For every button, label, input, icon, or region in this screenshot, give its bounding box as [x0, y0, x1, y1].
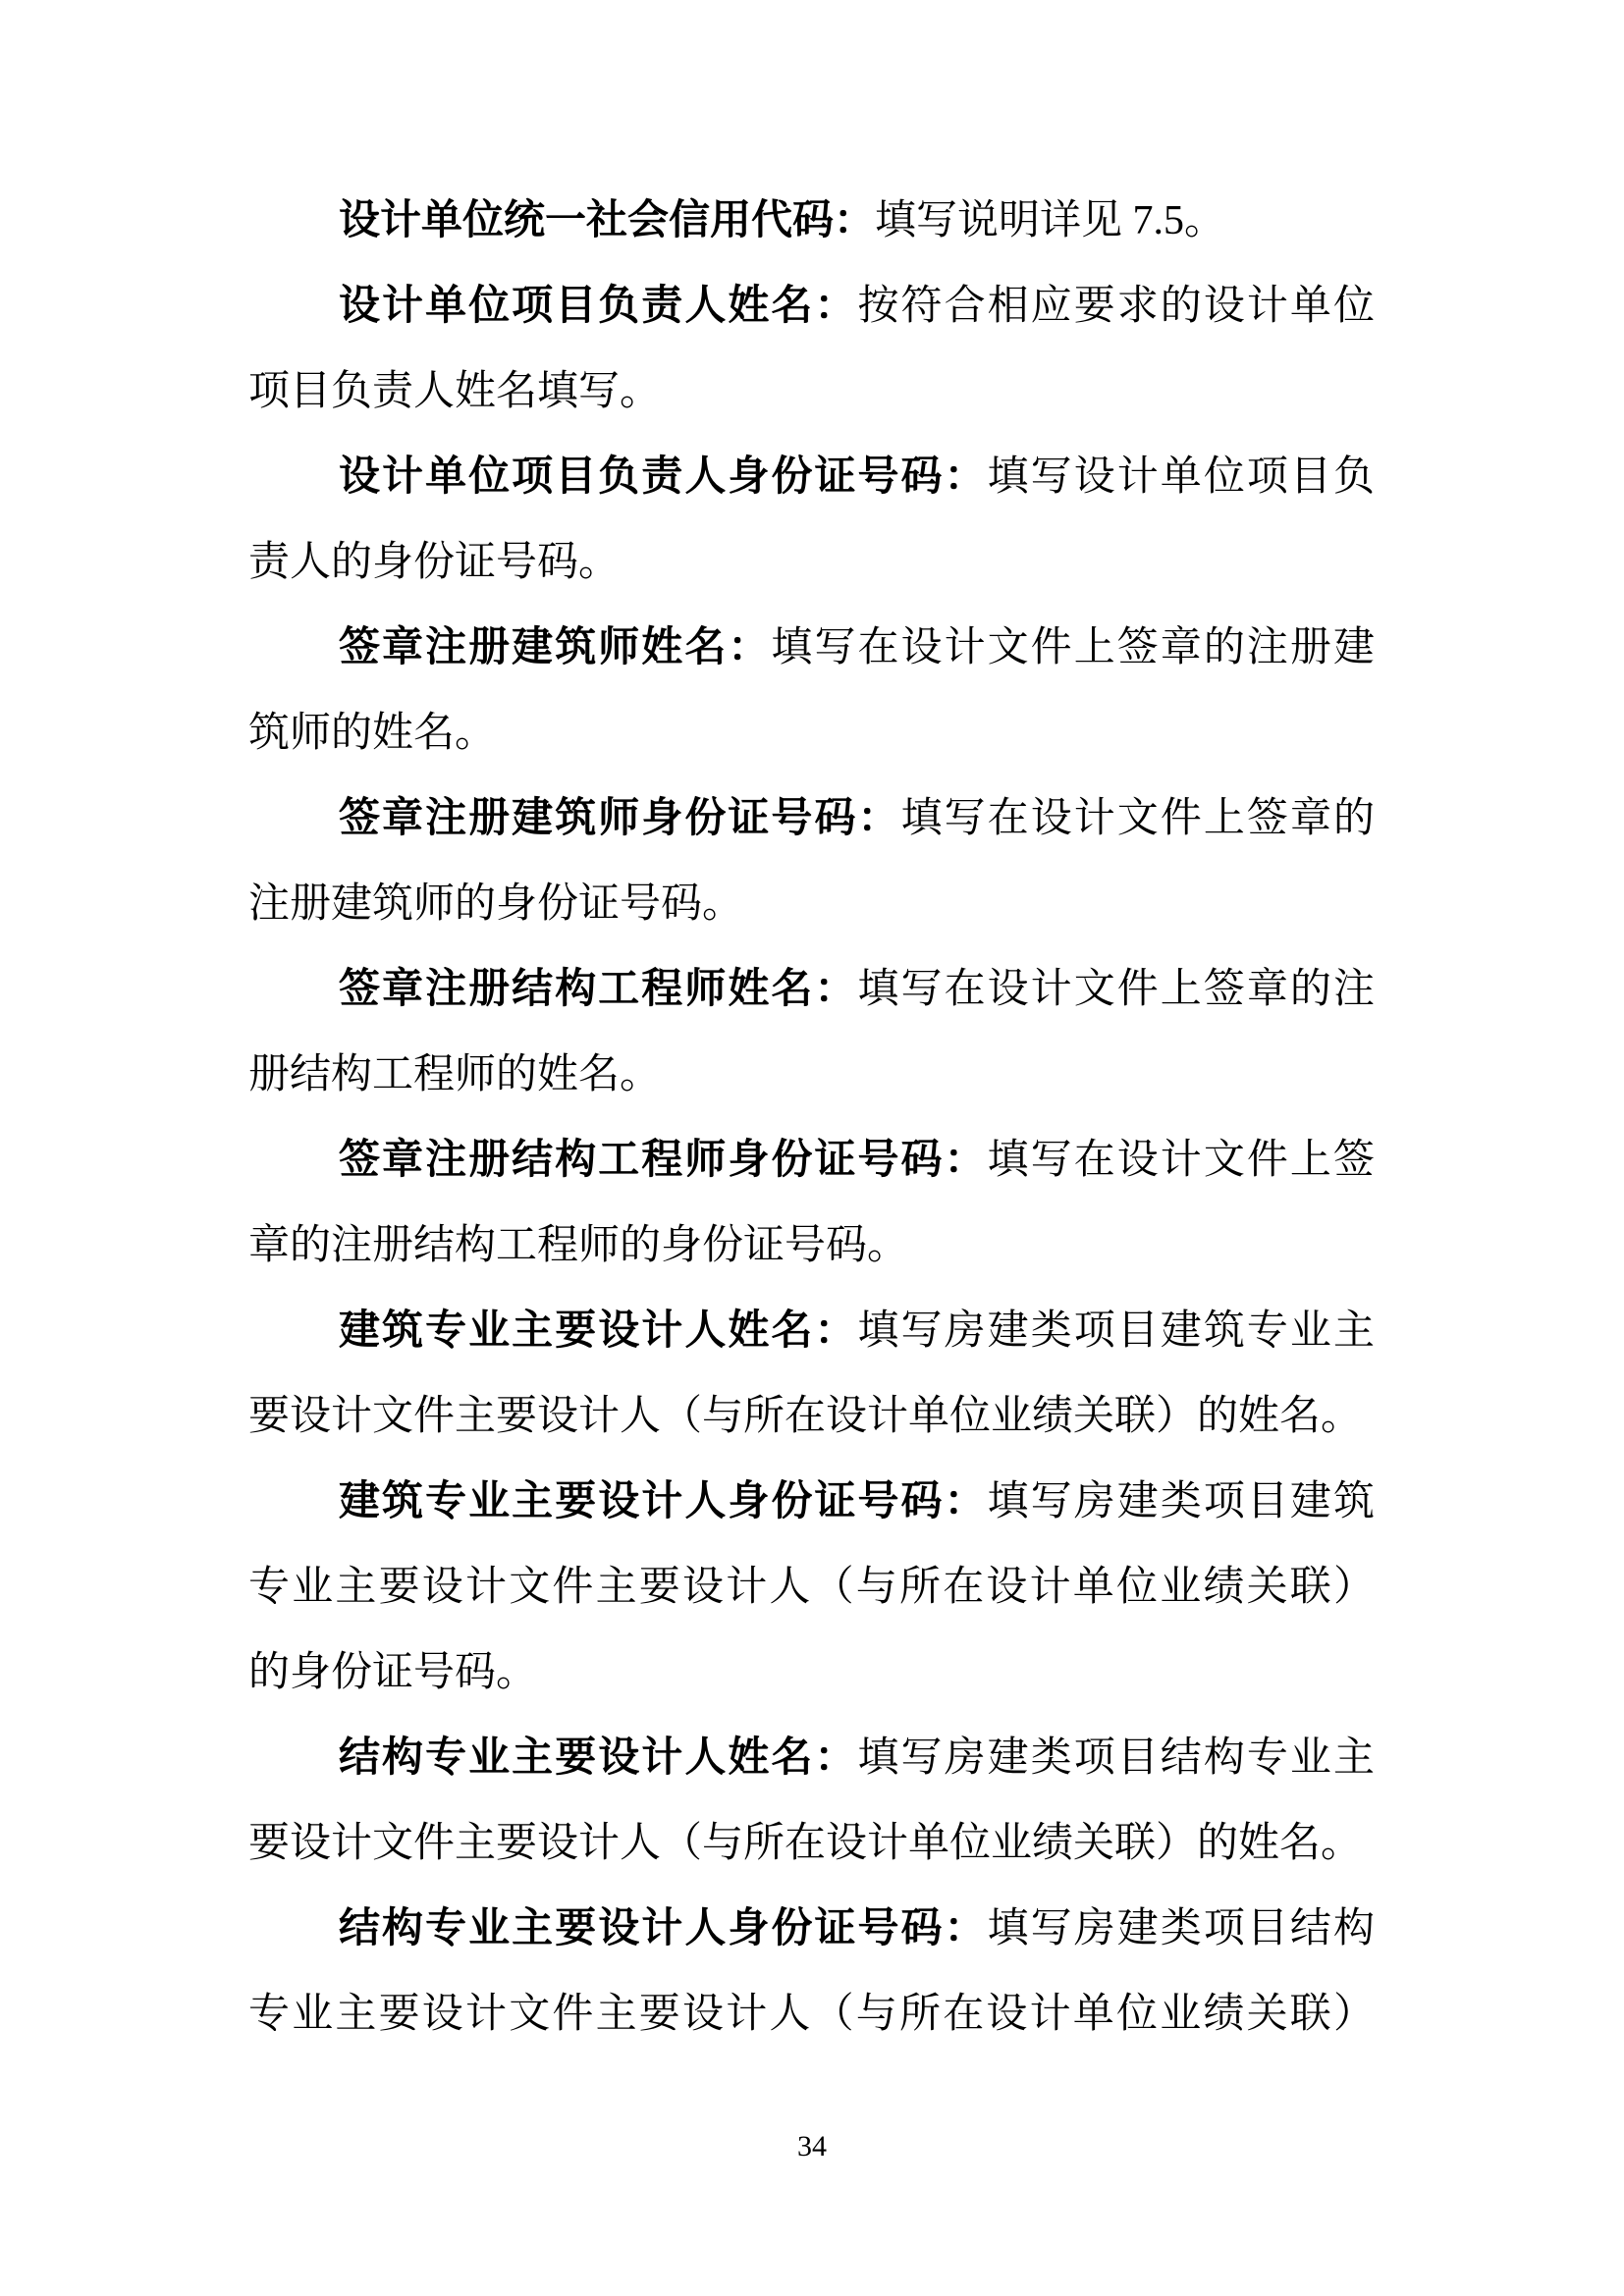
instruction-paragraph: 设计单位项目负责人姓名：按符合相应要求的设计单位项目负责人姓名填写。	[248, 264, 1375, 435]
text-line: 专业主要设计文件主要设计人（与所在设计单位业绩关联）	[248, 1972, 1375, 2057]
text-line: 项目负责人姓名填写。	[248, 349, 1375, 435]
text-line: 设计单位项目负责人姓名：按符合相应要求的设计单位	[248, 264, 1375, 349]
paragraph-container: 设计单位统一社会信用代码：填写说明详见 7.5。设计单位项目负责人姓名：按符合相…	[248, 179, 1375, 2057]
instruction-paragraph: 设计单位统一社会信用代码：填写说明详见 7.5。	[248, 179, 1375, 264]
text-line: 结构专业主要设计人姓名：填写房建类项目结构专业主	[248, 1716, 1375, 1801]
field-name-label: 设计单位统一社会信用代码：	[339, 198, 875, 243]
instruction-paragraph: 建筑专业主要设计人姓名：填写房建类项目建筑专业主要设计文件主要设计人（与所在设计…	[248, 1289, 1375, 1460]
text-line: 册结构工程师的姓名。	[248, 1033, 1375, 1118]
instruction-paragraph: 签章注册结构工程师姓名：填写在设计文件上签章的注册结构工程师的姓名。	[248, 947, 1375, 1118]
text-line: 筑师的姓名。	[248, 691, 1375, 776]
text-line: 章的注册结构工程师的身份证号码。	[248, 1203, 1375, 1289]
instruction-paragraph: 建筑专业主要设计人身份证号码：填写房建类项目建筑专业主要设计文件主要设计人（与所…	[248, 1460, 1375, 1716]
text-line: 签章注册建筑师姓名：填写在设计文件上签章的注册建	[248, 606, 1375, 691]
field-name-label: 建筑专业主要设计人姓名：	[339, 1308, 858, 1354]
text-line: 专业主要设计文件主要设计人（与所在设计单位业绩关联）	[248, 1545, 1375, 1630]
text-line: 注册建筑师的身份证号码。	[248, 862, 1375, 947]
text-line: 建筑专业主要设计人身份证号码：填写房建类项目建筑	[248, 1460, 1375, 1545]
text-line: 的身份证号码。	[248, 1630, 1375, 1716]
field-name-label: 结构专业主要设计人姓名：	[339, 1735, 858, 1781]
instruction-paragraph: 结构专业主要设计人身份证号码：填写房建类项目结构专业主要设计文件主要设计人（与所…	[248, 1887, 1375, 2057]
instruction-paragraph: 签章注册建筑师身份证号码：填写在设计文件上签章的注册建筑师的身份证号码。	[248, 776, 1375, 947]
field-name-label: 设计单位项目负责人姓名：	[339, 284, 858, 329]
field-name-label: 设计单位项目负责人身份证号码：	[339, 454, 988, 500]
text-line: 要设计文件主要设计人（与所在设计单位业绩关联）的姓名。	[248, 1374, 1375, 1460]
text-line: 签章注册结构工程师身份证号码：填写在设计文件上签	[248, 1118, 1375, 1203]
field-name-label: 建筑专业主要设计人身份证号码：	[339, 1479, 988, 1524]
text-line: 要设计文件主要设计人（与所在设计单位业绩关联）的姓名。	[248, 1801, 1375, 1887]
instruction-paragraph: 签章注册结构工程师身份证号码：填写在设计文件上签章的注册结构工程师的身份证号码。	[248, 1118, 1375, 1289]
field-name-label: 签章注册建筑师身份证号码：	[339, 796, 901, 841]
text-line: 责人的身份证号码。	[248, 520, 1375, 606]
text-line: 签章注册结构工程师姓名：填写在设计文件上签章的注	[248, 947, 1375, 1033]
text-line: 设计单位统一社会信用代码：填写说明详见 7.5。	[248, 179, 1375, 264]
instruction-paragraph: 结构专业主要设计人姓名：填写房建类项目结构专业主要设计文件主要设计人（与所在设计…	[248, 1716, 1375, 1887]
document-page: 设计单位统一社会信用代码：填写说明详见 7.5。设计单位项目负责人姓名：按符合相…	[0, 0, 1624, 2296]
instruction-paragraph: 设计单位项目负责人身份证号码：填写设计单位项目负责人的身份证号码。	[248, 435, 1375, 606]
text-line: 结构专业主要设计人身份证号码：填写房建类项目结构	[248, 1887, 1375, 1972]
field-name-label: 签章注册结构工程师身份证号码：	[339, 1138, 988, 1183]
field-name-label: 结构专业主要设计人身份证号码：	[339, 1906, 988, 1951]
field-name-label: 签章注册建筑师姓名：	[339, 625, 771, 670]
text-line: 签章注册建筑师身份证号码：填写在设计文件上签章的	[248, 776, 1375, 862]
text-line: 建筑专业主要设计人姓名：填写房建类项目建筑专业主	[248, 1289, 1375, 1374]
instruction-paragraph: 签章注册建筑师姓名：填写在设计文件上签章的注册建筑师的姓名。	[248, 606, 1375, 776]
field-name-label: 签章注册结构工程师姓名：	[339, 967, 858, 1012]
page-number: 34	[0, 2130, 1624, 2163]
text-line: 设计单位项目负责人身份证号码：填写设计单位项目负	[248, 435, 1375, 520]
